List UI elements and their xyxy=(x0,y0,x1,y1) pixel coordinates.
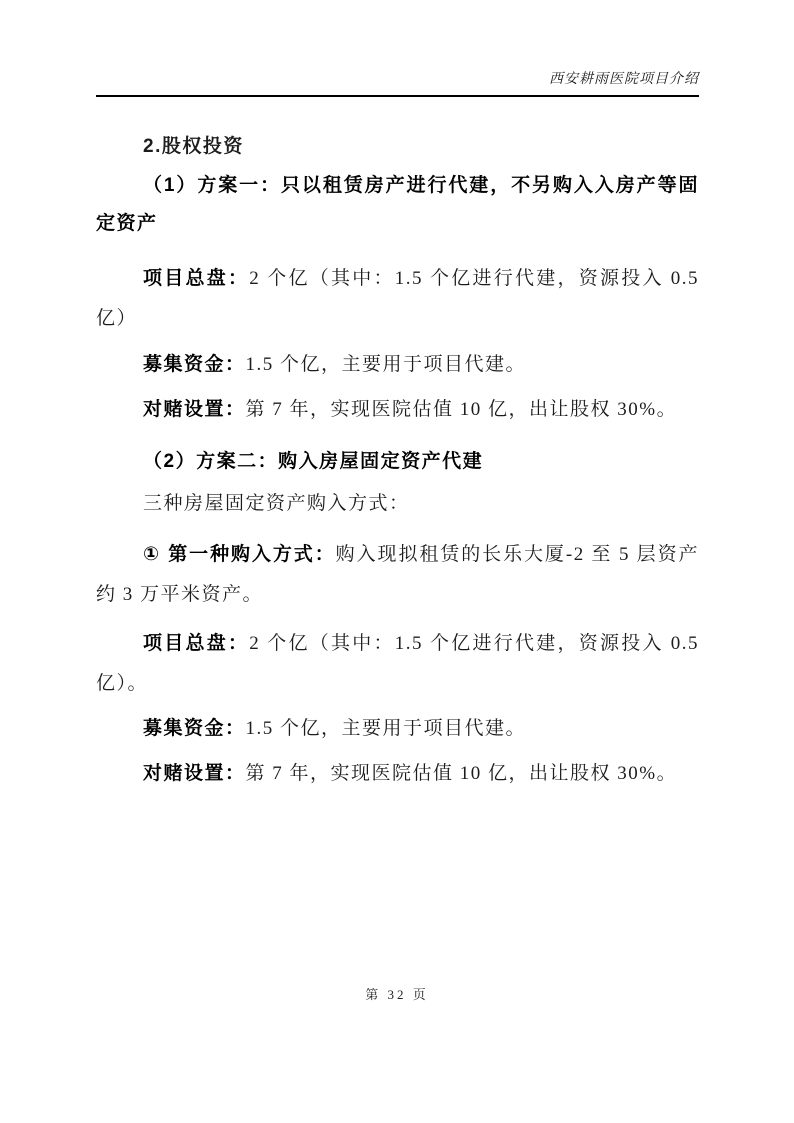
page-number: 第 32 页 xyxy=(365,987,429,1002)
plan1-heading: （1）方案一：只以租赁房产进行代建，不另购入入房产等固定资产 xyxy=(96,167,699,243)
plan2-total-paragraph: 项目总盘：2 个亿（其中：1.5 个亿进行代建，资源投入 0.5 亿）。 xyxy=(96,624,699,704)
document-page: 西安耕雨医院项目介绍 2.股权投资 （1）方案一：只以租赁房产进行代建，不另购入… xyxy=(0,0,794,1123)
section-title: 2.股权投资 xyxy=(96,127,699,167)
page-footer: 第 32 页 xyxy=(0,984,794,1003)
plan2-method1-paragraph: ① 第一种购入方式：购入现拟租赁的长乐大厦-2 至 5 层资产约 3 万平米资产… xyxy=(96,535,699,615)
plan2-fund-label: 募集资金： xyxy=(143,718,246,739)
plan2-fund-text: 1.5 个亿，主要用于项目代建。 xyxy=(246,718,527,739)
plan2-bet-label: 对赌设置： xyxy=(143,763,246,784)
plan1-bet-paragraph: 对赌设置：第 7 年，实现医院估值 10 亿，出让股权 30%。 xyxy=(96,390,699,430)
plan2-bet-paragraph: 对赌设置：第 7 年，实现医院估值 10 亿，出让股权 30%。 xyxy=(96,754,699,794)
plan1-fund-text: 1.5 个亿，主要用于项目代建。 xyxy=(246,354,527,375)
plan2-method1-label: ① 第一种购入方式： xyxy=(143,544,336,565)
plan1-bet-text: 第 7 年，实现医院估值 10 亿，出让股权 30%。 xyxy=(246,399,678,420)
plan2-total-label: 项目总盘： xyxy=(143,633,249,654)
header-doc-title: 西安耕雨医院项目介绍 xyxy=(549,72,699,87)
plan1-fund-paragraph: 募集资金：1.5 个亿，主要用于项目代建。 xyxy=(96,345,699,385)
plan1-total-paragraph: 项目总盘：2 个亿（其中：1.5 个亿进行代建，资源投入 0.5 亿） xyxy=(96,259,699,339)
plan1-bet-label: 对赌设置： xyxy=(143,399,246,420)
page-header: 西安耕雨医院项目介绍 xyxy=(96,68,699,97)
plan2-intro: 三种房屋固定资产购入方式： xyxy=(96,484,699,524)
plan1-total-label: 项目总盘： xyxy=(143,268,249,289)
plan1-fund-label: 募集资金： xyxy=(143,354,246,375)
page-body: 2.股权投资 （1）方案一：只以租赁房产进行代建，不另购入入房产等固定资产 项目… xyxy=(96,127,699,794)
plan2-bet-text: 第 7 年，实现医院估值 10 亿，出让股权 30%。 xyxy=(246,763,678,784)
plan2-fund-paragraph: 募集资金：1.5 个亿，主要用于项目代建。 xyxy=(96,709,699,749)
plan2-heading: （2）方案二：购入房屋固定资产代建 xyxy=(96,443,699,481)
